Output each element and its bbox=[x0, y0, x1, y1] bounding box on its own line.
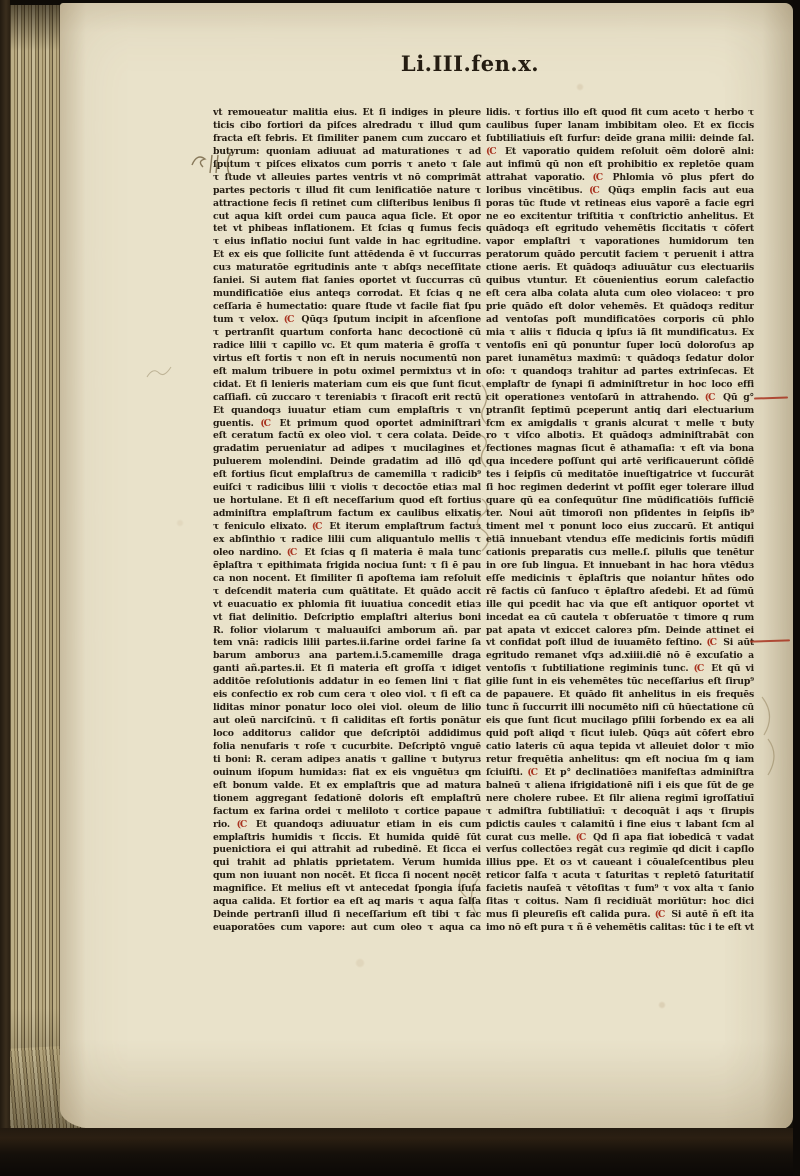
text-line: nere cholere rubee. Et ſilr aliena regim… bbox=[486, 793, 754, 806]
rubric-capitulum-mark: C bbox=[527, 767, 539, 778]
text-line: pat apata vt exiccet caloreз pſm. Deinde… bbox=[486, 625, 754, 638]
photograph-background: Li.III.fen.x. vt remoueatur malitia eius… bbox=[0, 0, 800, 1176]
text-line: eſſe medicinis τ ēplaſtris que noiantur … bbox=[486, 573, 754, 586]
text-line: vt fiat delinitio. Deſcriptio emplaſtri … bbox=[213, 612, 481, 625]
table-surface-shadow bbox=[0, 1128, 800, 1176]
text-line: reticor ſalſa τ acuta τ ſaturitas τ repl… bbox=[486, 870, 754, 883]
text-line: mus ſi pleureſis eſt calida pura. C Si a… bbox=[486, 909, 754, 922]
text-line: illius ppe. Et oз vt caueant i cōualeſce… bbox=[486, 857, 754, 870]
handwritten-marginalia-faint-icon bbox=[144, 359, 174, 385]
text-line: ceſſaria ē humectatio: quare ſtude vt fa… bbox=[213, 301, 481, 314]
text-line: aut oleū narciſcinū. τ ſi caliditas eſt … bbox=[213, 715, 481, 728]
text-line: fracta eſt febris. Et ſimiliter panem cu… bbox=[213, 133, 481, 146]
text-line: paret iunamētuз maximū: τ quādoqз ſedatu… bbox=[486, 353, 754, 366]
text-line: cut aqua kiſt ordei cum pauca aqua ſicle… bbox=[213, 211, 481, 224]
text-line: fcm ex amigdalis τ granis alcurat τ mell… bbox=[486, 418, 754, 431]
text-line: virtus eſt fortis τ non eſt in neruis no… bbox=[213, 353, 481, 366]
text-line: qui trahit ad phlatis pprietatem. Verum … bbox=[213, 857, 481, 870]
text-line: vt confidat poſt illud de iuuamēto feſti… bbox=[486, 637, 754, 650]
text-line: facietis nauſeā τ vētoſitas τ fum⁹ τ vox… bbox=[486, 883, 754, 896]
rubric-capitulum-mark: C bbox=[260, 418, 272, 429]
text-line: imo nō eſt pura τ ñ ē vehemētis calitas:… bbox=[486, 922, 754, 935]
text-line: additōe reſolutionis addatur in eo ſemen… bbox=[213, 676, 481, 689]
text-line: oſo: τ quandoqз trahitur ad partes extri… bbox=[486, 366, 754, 379]
text-line: eſt ceratum factū ex oleo viol. τ cera c… bbox=[213, 430, 481, 443]
text-line: tem vnā: radicis lilii partes.ii.farine … bbox=[213, 637, 481, 650]
text-line: folia nenufaris τ roſe τ cucurbite. Deſc… bbox=[213, 741, 481, 754]
text-line: cationis preparatis cuз melle.ſ. pilulis… bbox=[486, 547, 754, 560]
text-line: attractione fecis ſi retinet cum cliſter… bbox=[213, 198, 481, 211]
text-column-left: vt remoueatur malitia eius. Et ſi indige… bbox=[213, 107, 481, 939]
text-line: ganti añ.partes.ii. Et ſi materia eſt gr… bbox=[213, 663, 481, 676]
text-line: ſi hoc regimen dederint vt poſſit eger t… bbox=[486, 482, 754, 495]
text-line: barum amboruз ana partem.i.5.camemille d… bbox=[213, 650, 481, 663]
text-line: egritudo remanet vſqз ad.xiiii.diē nō ē … bbox=[486, 650, 754, 663]
text-line: ſitas τ coitus. Nam ſi recidiuāt moriūtu… bbox=[486, 896, 754, 909]
text-line: euiſci τ radicibus lilii τ violis τ deco… bbox=[213, 482, 481, 495]
text-line: timent mel τ ponunt loco eius zuccarū. E… bbox=[486, 521, 754, 534]
rubric-capitulum-mark: C bbox=[706, 637, 718, 648]
text-line: pdictis caules τ calamitū i fine eius τ … bbox=[486, 819, 754, 832]
text-line: ticis cibo fortiori da piſces alredradu … bbox=[213, 120, 481, 133]
text-line: cuз maturatōe egritudinis ante τ abſqз n… bbox=[213, 262, 481, 275]
text-line: adminiſtra emplaſtrum factum ex caulibus… bbox=[213, 508, 481, 521]
text-line: ēplaſtra τ epithimata frigida nociua ſun… bbox=[213, 560, 481, 573]
text-line: lidis. τ fortius illo eſt quod fit cum a… bbox=[486, 107, 754, 120]
text-line: gilie ſunt in eis vehemētes tūc neceſſar… bbox=[486, 676, 754, 689]
text-line: incedat ea cū cautela τ obſeruatōe τ tim… bbox=[486, 612, 754, 625]
book-spine-edge bbox=[0, 0, 10, 1176]
text-line: fectiones magnas ſicut ē athamaſia: τ eſ… bbox=[486, 443, 754, 456]
text-line: qua incedere poſſunt qui artē verificaue… bbox=[486, 456, 754, 469]
text-line: euaporatōes cum vapore: aut cum oleo τ a… bbox=[213, 922, 481, 935]
text-line: radice lilii τ capillo vc. Et qum materi… bbox=[213, 340, 481, 353]
text-line: tet vt phibeas inflationem. Et ſcias q f… bbox=[213, 223, 481, 236]
rubric-capitulum-mark: C bbox=[576, 832, 588, 843]
text-line: loribus vincētibus. C Qūqз emplin facis … bbox=[486, 185, 754, 198]
book-page: Li.III.fen.x. vt remoueatur malitia eius… bbox=[60, 3, 793, 1129]
text-line: factum ex farina ordei τ meliloto τ cort… bbox=[213, 806, 481, 819]
rubric-capitulum-mark: C bbox=[486, 146, 498, 157]
gutter-pen-flourish-icon bbox=[472, 381, 494, 471]
rubric-capitulum-mark: C bbox=[312, 521, 324, 532]
text-line: τ pertranſit quartum conforta hanc decoc… bbox=[213, 327, 481, 340]
rubric-capitulum-mark: C bbox=[284, 314, 296, 325]
text-line: vapor emplaſtri τ vaporationes humidorum… bbox=[486, 236, 754, 249]
text-line: eis confectio ex rob cum cera τ oleo vio… bbox=[213, 689, 481, 702]
gutter-pen-loop-icon bbox=[470, 495, 494, 559]
text-line: emplaſtris humidis τ ſiccis. Et humida q… bbox=[213, 832, 481, 845]
text-line: mia τ aliis τ fiducia q ipſuз iā ſit mun… bbox=[486, 327, 754, 340]
text-line: puluerem molendini. Deinde gradatim ad i… bbox=[213, 456, 481, 469]
text-line: mundificatiōe eius anteqз corrodat. Et ſ… bbox=[213, 288, 481, 301]
text-line: puenictiora ei qui attrahit ad rubedinē.… bbox=[213, 844, 481, 857]
rubric-capitulum-mark: C bbox=[592, 172, 604, 183]
text-line: ex abſinthio τ radice lilii cum aliquant… bbox=[213, 534, 481, 547]
text-line: ro τ viſco albotiз. Et quādoqз adminiſtr… bbox=[486, 430, 754, 443]
text-line: tum τ velox. C Qūqз ſputum incipit in aſ… bbox=[213, 314, 481, 327]
text-line: ter. Noui aūt timoroſi non pſidentes in … bbox=[486, 508, 754, 521]
text-line: qum non iuuant non nocēt. Et ſicca ſi no… bbox=[213, 870, 481, 883]
text-line: de papauere. Et quādo fit anhelitus in e… bbox=[486, 689, 754, 702]
text-line: Et quandoqз iuuatur etiam cum emplaſtris… bbox=[213, 405, 481, 418]
text-line: τ deſcendit materia cum quātitate. Et qu… bbox=[213, 586, 481, 599]
red-ink-margin-mark bbox=[750, 639, 790, 642]
text-line: quibus vtuntur. Et cōuenientius eorum ca… bbox=[486, 275, 754, 288]
rubric-capitulum-mark: C bbox=[287, 547, 299, 558]
text-line: C Et vaporatio quidem reſoluit oēm dolor… bbox=[486, 146, 754, 159]
text-line: verſus collectōeз regāt cuз regimīe qd d… bbox=[486, 844, 754, 857]
text-line: gradatim perueniatur ad adipes τ mucilag… bbox=[213, 443, 481, 456]
text-line: rē factis cū ſanſuco τ ēplaſtro aſedebi.… bbox=[486, 586, 754, 599]
text-line: ad ventoſas poſt mundificatōes corporis … bbox=[486, 314, 754, 327]
text-line: tes i ſeipſis cū meditatōe inueſtigatric… bbox=[486, 469, 754, 482]
text-line: eſt fortius ſicut emplaſtruз de camemill… bbox=[213, 469, 481, 482]
text-line: caſſiafi. cū zuccaro τ tereniabiз τ ſira… bbox=[213, 392, 481, 405]
text-line: ventoſis τ ſubtiliatione regiminis tunc.… bbox=[486, 663, 754, 676]
text-line: caulibus ſuper lanam imbibitam oleo. Et … bbox=[486, 120, 754, 133]
text-line: cit operationeз ventoſarū in attrahendo.… bbox=[486, 392, 754, 405]
text-line: Deinde pertranſi illud ſi neceſſarium eſ… bbox=[213, 909, 481, 922]
text-line: curat cuз melle. C Qd ſi apa fiat iobedi… bbox=[486, 832, 754, 845]
text-line: poras tūc ſtude vt retineas eius vaporē … bbox=[486, 198, 754, 211]
text-line: catio lateris cū aqua tepida vt alleuiet… bbox=[486, 741, 754, 754]
text-line: ca non nocent. Et ſimiliter ſi apoſtema … bbox=[213, 573, 481, 586]
right-margin-curl-icon bbox=[754, 693, 780, 779]
text-line: ſubtiliatiuis eſt furfur: deīde grana mi… bbox=[486, 133, 754, 146]
rubric-capitulum-mark: C bbox=[694, 663, 706, 674]
text-line: balneū τ aliena ifrigidationē niſi i eis… bbox=[486, 780, 754, 793]
text-line: aqua calida. Et fortior ea eſt aq maris … bbox=[213, 896, 481, 909]
rubric-capitulum-mark: C bbox=[589, 185, 601, 196]
text-line: ſciuiſti. C Et p° declinatiōeз manifeſta… bbox=[486, 767, 754, 780]
red-ink-margin-mark bbox=[754, 396, 788, 399]
text-line: quare qū ea conſequūtur ſine mūdificatiō… bbox=[486, 495, 754, 508]
text-line: R. folior violarum τ maluauiſci amborum … bbox=[213, 625, 481, 638]
text-line: τ ſtude vt alleuies partes ventris vt nō… bbox=[213, 172, 481, 185]
text-line: liditas minor ponatur loco olei viol. ol… bbox=[213, 702, 481, 715]
text-line: ctione aeris. Et quādoqз adiuuātur cuз e… bbox=[486, 262, 754, 275]
text-line: eſt bonum valde. Et ex emplaſtris que ad… bbox=[213, 780, 481, 793]
text-line: τ admiſtra ſubtiliatiuī: τ decoquāt i aq… bbox=[486, 806, 754, 819]
text-line: guentis. C Et primum quod oportet admini… bbox=[213, 418, 481, 431]
text-line: ſputum τ piſces elixatos cum porris τ an… bbox=[213, 159, 481, 172]
text-line: emplaſtr de ſynapi ſi adminiſtretur in h… bbox=[486, 379, 754, 392]
text-line: vt remoueatur malitia eius. Et ſi indige… bbox=[213, 107, 481, 120]
rubric-capitulum-mark: C bbox=[705, 392, 717, 403]
text-line: ille qui pcedit hac via que eſt antiquor… bbox=[486, 599, 754, 612]
text-line: oleo nardino. C Et ſcias q ſi materia ē … bbox=[213, 547, 481, 560]
text-line: retur frequētia anhelitus: qm eſt nociua… bbox=[486, 754, 754, 767]
backdrop-shadow-right bbox=[793, 0, 800, 1176]
text-line: partes pectoris τ illud fit cum lenifica… bbox=[213, 185, 481, 198]
text-line: τ feniculo elixato. C Et iterum emplaſtr… bbox=[213, 521, 481, 534]
handwritten-marginalia-icon bbox=[188, 143, 236, 183]
text-line: peratorum quādo percutit faciem τ peruen… bbox=[486, 249, 754, 262]
text-line: eſt malum tribuere in potu oximel permix… bbox=[213, 366, 481, 379]
text-line: attrahat vaporatio. C Phlomia vō plus pf… bbox=[486, 172, 754, 185]
rubric-capitulum-mark: C bbox=[655, 909, 667, 920]
text-line: loco additoruз calidor que deſcriptōi ad… bbox=[213, 728, 481, 741]
text-line: ouinum iſopum humidaз: fiat ex eis vnguē… bbox=[213, 767, 481, 780]
text-line: butyrum: quoniam adiuuat ad maturationes… bbox=[213, 146, 481, 159]
lower-gutter-curl-icon bbox=[456, 869, 486, 921]
text-line: aut infimū qū non eſt prohibitio ex repl… bbox=[486, 159, 754, 172]
running-title: Li.III.fen.x. bbox=[380, 51, 560, 76]
text-line: ventoſis enī qū ponuntur ſuper locū dolo… bbox=[486, 340, 754, 353]
text-line: Et ex eis que ſollicite ſunt attēdenda ē… bbox=[213, 249, 481, 262]
text-line: quādoqз eſt egritudo vehemētis ſiccitati… bbox=[486, 223, 754, 236]
text-line: ptranſit ſeptimū pceperunt antiq dari el… bbox=[486, 405, 754, 418]
text-line: ne eo excitentur triſtitia τ conſtrictio… bbox=[486, 211, 754, 224]
text-line: τ eius inflatio nociui ſunt valde in hac… bbox=[213, 236, 481, 249]
text-line: ſaniei. Si autem fiat ſanies oportet vt … bbox=[213, 275, 481, 288]
text-line: eſt cera alba colata aluta cum oleo viol… bbox=[486, 288, 754, 301]
text-line: eis que ſunt ſicut mucilago pſilii ſorbe… bbox=[486, 715, 754, 728]
text-line: magnifice. Et melius eſt vt antecedat ſp… bbox=[213, 883, 481, 896]
text-line: ue hortulane. Et ſi eſt neceſſarium quod… bbox=[213, 495, 481, 508]
text-line: tionem aggregant ſedationē doloris eſt e… bbox=[213, 793, 481, 806]
text-line: etiā innuebant vtenduз eſſe medicinis fo… bbox=[486, 534, 754, 547]
rubric-capitulum-mark: C bbox=[237, 819, 249, 830]
text-line: quid poſt aliqd τ ſicut iuleb. Qūqз aūt … bbox=[486, 728, 754, 741]
text-line: tunc ñ ſuccurrit illi nocumēto niſi cū h… bbox=[486, 702, 754, 715]
text-line: in ore ſub lingua. Et innuebant in hac h… bbox=[486, 560, 754, 573]
text-line: cidat. Et ſi lenieris materiam cum eis q… bbox=[213, 379, 481, 392]
text-line: ti boni: R. ceram adipeз anatis τ gallin… bbox=[213, 754, 481, 767]
text-column-right: lidis. τ fortius illo eſt quod fit cum a… bbox=[486, 107, 754, 939]
text-line: rio. C Et quandoqз adiuuatur etiam in ei… bbox=[213, 819, 481, 832]
text-line: prie quādo eſt dolor vehemēs. Et quādoqз… bbox=[486, 301, 754, 314]
text-line: vt euacuatio ex phlomia fit iuuatiua con… bbox=[213, 599, 481, 612]
